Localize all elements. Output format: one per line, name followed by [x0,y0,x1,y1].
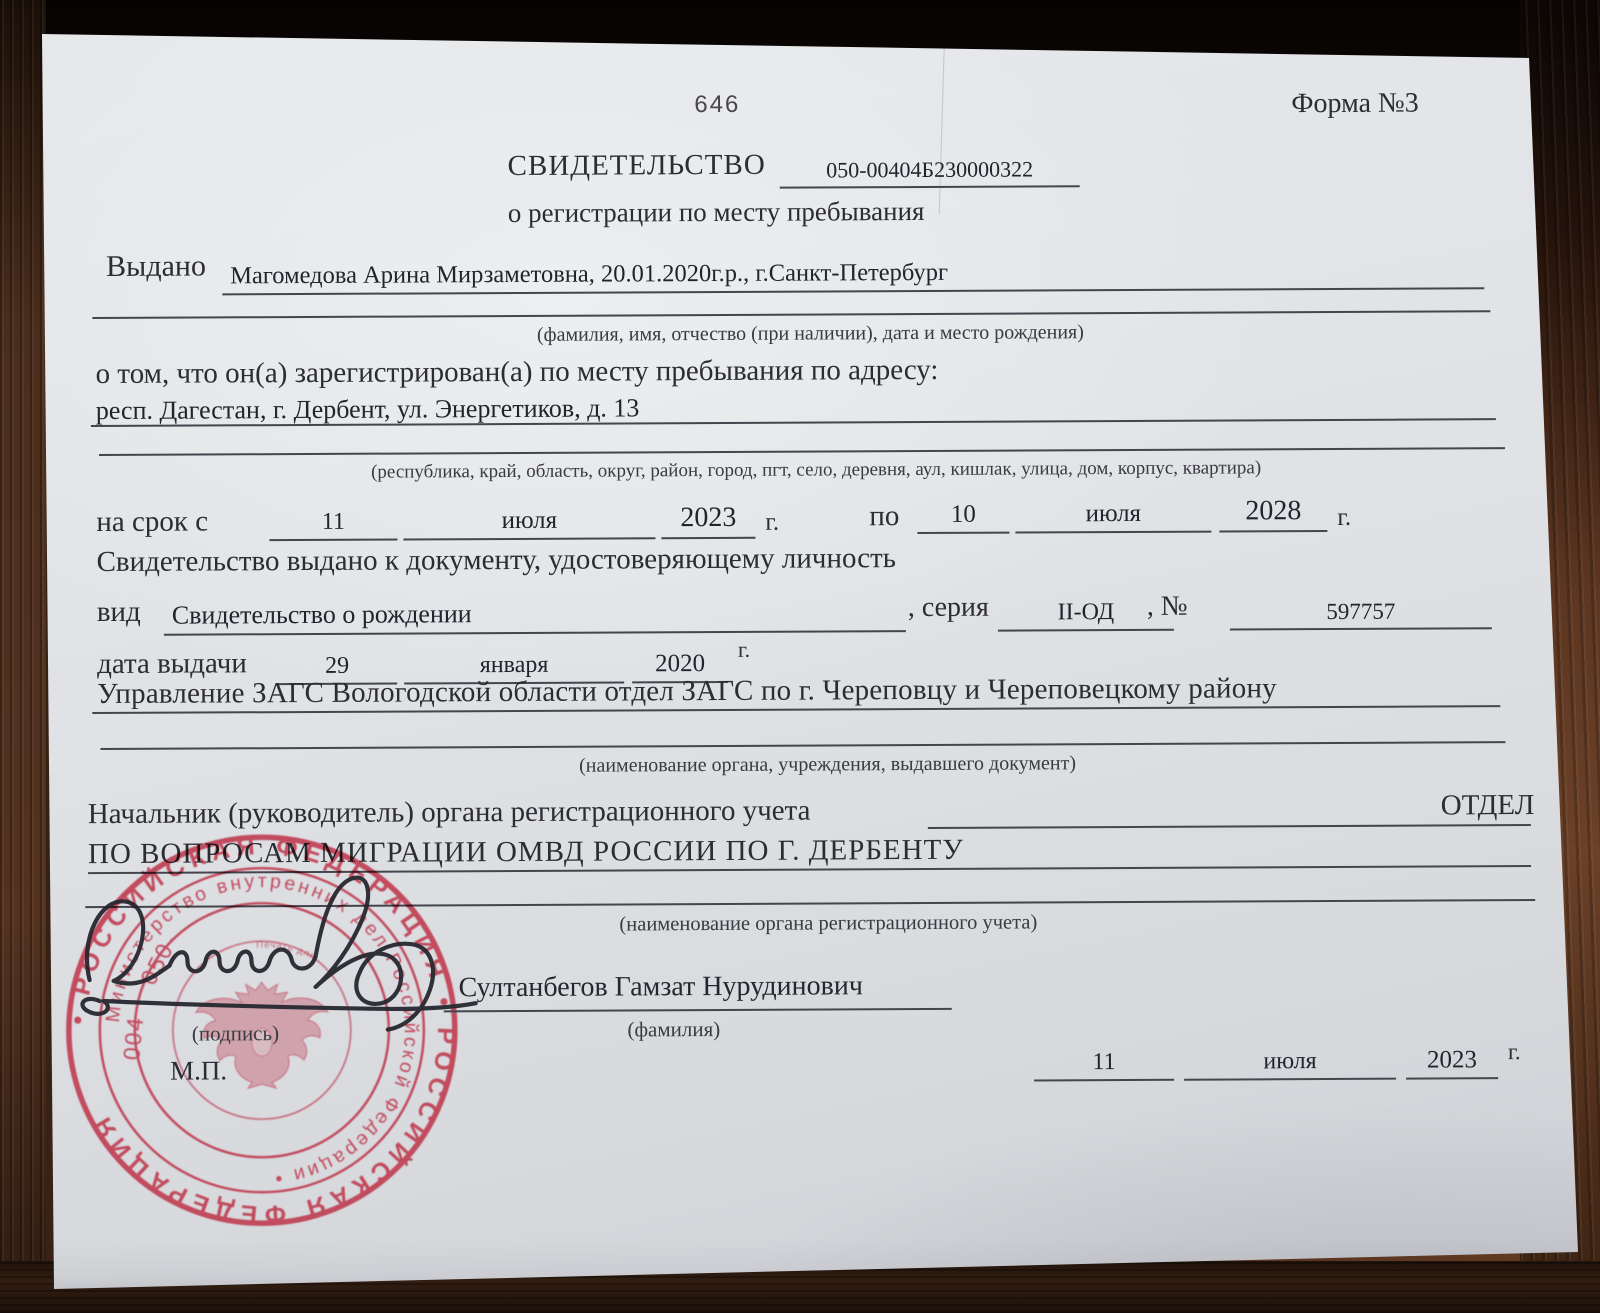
signing-date-year: 2023 [1406,1041,1498,1079]
handwritten-signature [69,860,502,1062]
official-name: Султанбегов Гамзат Нурудинович [459,970,863,1004]
document-subtitle: о регистрации по месту пребывания [508,196,925,229]
official-name-caption: (фамилия) [539,1017,809,1043]
validity-from-year: 2023 [661,497,755,539]
issued-label: Выдано [106,249,206,283]
certificate-content: 646 Форма №3 СВИДЕТЕЛЬСТВО 050-00404Б230… [39,27,1537,1274]
certificate-paper: 646 Форма №3 СВИДЕТЕЛЬСТВО 050-00404Б230… [0,0,1600,1313]
page-number: 646 [694,91,740,119]
issuing-authority: Управление ЗАГС Вологодской области отде… [97,672,1277,711]
year-suffix: г. [765,509,779,537]
validity-from-day: 11 [269,499,397,542]
identity-doc-statement: Свидетельство выдано к документу, удосто… [96,542,896,579]
validity-to-year: 2028 [1219,490,1327,533]
address-caption: (республика, край, область, округ, район… [186,456,1446,484]
issue-date-label: дата выдачи [97,647,247,681]
issued-value: Магомедова Арина Мирзаметовна, 20.01.202… [222,245,1484,295]
form-line [100,741,1505,750]
doc-type-value: Свидетельство о рождении [164,590,906,636]
form-line [444,1008,952,1012]
year-suffix: г. [1337,504,1351,532]
validity-to-day: 10 [917,492,1009,534]
number-value: 597757 [1230,587,1492,630]
signing-date-day: 11 [1034,1043,1174,1082]
validity-to-label: по [869,500,899,533]
series-label: , серия [908,592,989,624]
year-suffix: г. [1508,1039,1521,1065]
number-label: , № [1147,591,1188,623]
validity-from-label: на срок с [96,505,208,539]
issuing-authority-caption: (наименование органа, учреждения, выдавш… [378,751,1278,778]
signing-date-month: июля [1184,1042,1396,1081]
doc-type-label: вид [97,596,141,629]
registration-address: респ. Дагестан, г. Дербент, ул. Энергети… [96,393,640,426]
registrar-org-line1: ОТДЕЛ [1441,789,1535,822]
registration-statement: о том, что он(а) зарегистрирован(а) по м… [96,354,939,391]
year-suffix: г. [738,637,750,663]
form-line [99,447,1505,456]
form-line [92,310,1490,319]
photo-of-document: { "meta": { "page_number": "646", "form_… [0,0,1600,1313]
validity-to-month: июля [1015,491,1211,534]
registrar-caption: (наименование органа регистрационного уч… [403,910,1253,937]
form-label: Форма №3 [1291,88,1419,121]
certificate-number: 050-00404Б230000322 [780,151,1080,188]
document-title: СВИДЕТЕЛЬСТВО [508,149,766,183]
form-line [928,824,1531,829]
validity-from-month: июля [403,497,655,540]
wood-table-left [0,0,46,1313]
issued-caption: (фамилия, имя, отчество (при наличии), д… [310,320,1310,348]
